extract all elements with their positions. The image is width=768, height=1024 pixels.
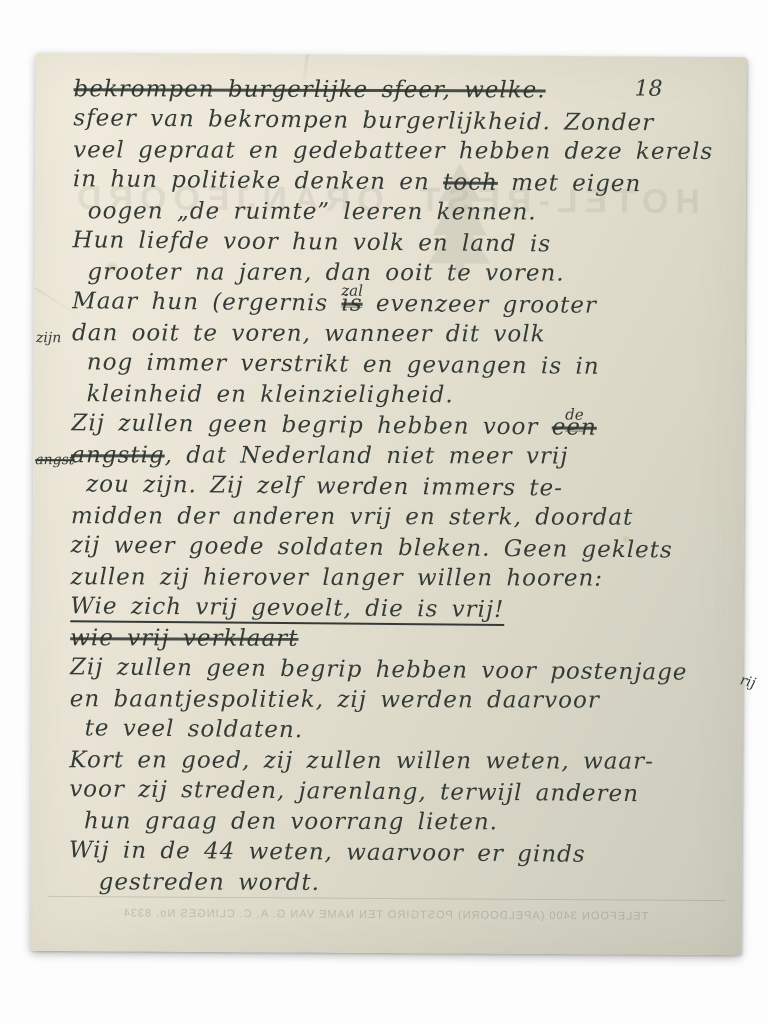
- manuscript-line: voor zij streden, jarenlang, terwijl and…: [69, 774, 727, 810]
- manuscript-line: zijndan ooit te voren, wanneer dit volk: [72, 318, 730, 350]
- text-segment: Hun liefde voor hun volk en land is: [72, 227, 551, 257]
- manuscript-line: hun graag den voorrang lieten.: [69, 806, 727, 838]
- manuscript-line: kleinheid en kleinzieligheid.: [72, 379, 730, 411]
- text-segment: Kort en goed, zij zullen willen weten, w…: [69, 747, 654, 775]
- text-segment: zullen zij hierover langer willen hooren…: [71, 564, 604, 591]
- text-segment: sfeer van bekrompen burgerlijkheid. Zond…: [73, 105, 654, 136]
- manuscript-line: Maar hun (ergernis iszal evenzeer groote…: [72, 286, 730, 322]
- manuscript-line: sfeer van bekrompen burgerlijkheid. Zond…: [73, 103, 731, 139]
- text-segment: Wij in de 44 weten, waarvoor er ginds: [69, 837, 586, 868]
- margin-note: angst: [35, 445, 74, 476]
- text-segment: zou zijn. Zij zelf werden immers te-: [86, 471, 563, 501]
- inserted-word: zal: [341, 275, 363, 307]
- manuscript-line: te veel soldaten.: [69, 713, 727, 749]
- margin-note: zijn: [36, 323, 61, 354]
- text-segment: Zij zullen geen begrip hebben voor: [71, 410, 551, 440]
- manuscript-line: angstangstig, dat Nederland niet meer vr…: [71, 440, 729, 472]
- text-segment: te veel soldaten.: [85, 715, 304, 743]
- text-segment: wie vrij verklaart: [70, 625, 298, 652]
- manuscript-line: gestreden wordt.: [69, 867, 727, 899]
- manuscript-line: Zij zullen geen begrip hebben voor poste…: [70, 652, 728, 688]
- text-segment: oogen „de ruimte” leeren kennen.: [88, 198, 537, 225]
- text-segment: kleinheid en kleinzieligheid.: [87, 381, 454, 408]
- manuscript-lines: bekrompen burgerlijke sfeer, welke.sfeer…: [69, 73, 732, 901]
- manuscript-line: bekrompen burgerlijke sfeer, welke.: [73, 74, 731, 106]
- margin-note: rij: [737, 665, 760, 698]
- inserted-word: de: [565, 399, 584, 431]
- text-segment: dan ooit te voren, wanneer dit volk: [72, 320, 546, 347]
- text-segment: met eigen: [498, 169, 642, 196]
- manuscript-line: Hun liefde voor hun volk en land is: [72, 225, 730, 261]
- footer-ghost-text: TELEFOON 3400 (APELDOORN) POSTGIRO TEN N…: [60, 907, 710, 923]
- manuscript-page: HOTEL-REST. ORANJEOORD 18 bekrompen burg…: [30, 53, 746, 955]
- text-segment: angstig: [71, 442, 164, 468]
- text-segment: en baantjespolitiek, zij werden daarvoor: [70, 686, 600, 713]
- text-segment: , dat Nederland niet meer vrij: [165, 442, 569, 469]
- manuscript-line: en baantjespolitiek, zij werden daarvoor: [70, 684, 728, 716]
- manuscript-line: zij weer goede soldaten bleken. Geen gek…: [71, 530, 729, 566]
- text-segment: evenzeer grooter: [363, 290, 597, 318]
- manuscript-line: veel gepraat en gedebatteer hebben deze …: [73, 135, 731, 167]
- text-segment: bekrompen burgerlijke sfeer, welke.: [73, 76, 545, 103]
- text-segment: Wie zich vrij gevoelt, die is vrij!: [70, 593, 504, 626]
- text-segment: toch: [443, 169, 498, 195]
- text-segment: veel gepraat en gedebatteer hebben deze …: [73, 137, 713, 165]
- manuscript-line: zullen zij hierover langer willen hooren…: [71, 562, 729, 594]
- text-segment: hun graag den voorrang lieten.: [84, 808, 498, 835]
- text-segment: Maar hun (ergernis: [72, 288, 341, 316]
- text-segment: eende: [552, 414, 597, 440]
- manuscript-line: in hun politieke denken en toch met eige…: [73, 164, 731, 200]
- text-segment: in hun politieke denken en: [73, 166, 443, 195]
- text-segment: iszal: [341, 290, 362, 316]
- manuscript-line: Wie zich vrij gevoelt, die is vrij!: [70, 591, 728, 627]
- manuscript-line: zou zijn. Zij zelf werden immers te-: [71, 469, 729, 505]
- manuscript-line: Kort en goed, zij zullen willen weten, w…: [69, 745, 727, 777]
- manuscript-line: oogen „de ruimte” leeren kennen.: [73, 196, 731, 228]
- manuscript-line: nog immer verstrikt en gevangen is in: [72, 347, 730, 383]
- manuscript-line: grooter na jaren, dan ooit te voren.: [72, 257, 730, 289]
- text-segment: voor zij streden, jarenlang, terwijl and…: [69, 776, 639, 807]
- manuscript-line: Wij in de 44 weten, waarvoor er ginds: [69, 835, 727, 871]
- manuscript-line: Zij zullen geen begrip hebben voor eende: [71, 408, 729, 444]
- text-segment: midden der anderen vrij en sterk, doorda…: [71, 503, 633, 530]
- manuscript-line: wie vrij verklaart: [70, 623, 728, 655]
- text-segment: gestreden wordt.: [99, 869, 320, 896]
- text-segment: Zij zullen geen begrip hebben voor poste…: [70, 654, 688, 685]
- text-segment: zij weer goede soldaten bleken. Geen gek…: [71, 532, 673, 563]
- text-segment: grooter na jaren, dan ooit te voren.: [87, 259, 564, 286]
- text-segment: nog immer verstrikt en gevangen is in: [87, 349, 600, 379]
- manuscript-line: midden der anderen vrij en sterk, doorda…: [71, 501, 729, 533]
